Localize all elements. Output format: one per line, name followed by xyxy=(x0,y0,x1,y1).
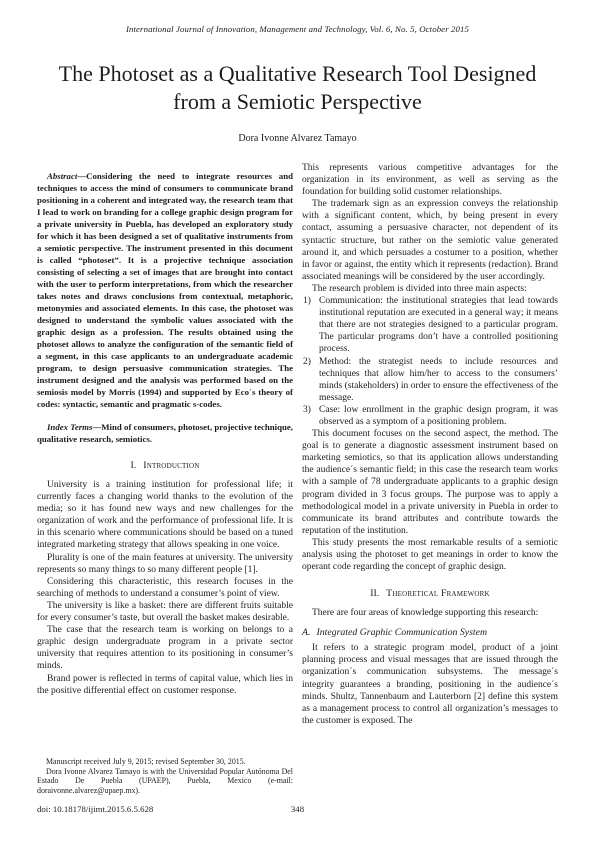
intro-paragraph: University is a training institution for… xyxy=(37,479,293,552)
section-title: Theoretical Framework xyxy=(386,588,490,599)
paper-title-line-2: from a Semiotic Perspective xyxy=(173,89,422,114)
abstract-paragraph: Abstract—Considering the need to integra… xyxy=(37,170,293,410)
body-paragraph: There are four areas of knowledge suppor… xyxy=(302,607,558,619)
numbered-list-item: 2) Method: the strategist needs to inclu… xyxy=(302,356,558,404)
list-item-number: 1) xyxy=(302,295,319,355)
section-number: I. xyxy=(131,460,137,471)
intro-paragraph: Plurality is one of the main features at… xyxy=(37,552,293,576)
page-number: 348 xyxy=(37,804,558,814)
footnote-block: Manuscript received July 9, 2015; revise… xyxy=(37,757,293,810)
list-item-number: 3) xyxy=(302,404,319,428)
section-number: II. xyxy=(370,588,379,599)
section-heading-introduction: I.Introduction xyxy=(37,460,293,471)
intro-paragraph: The case that the research team is worki… xyxy=(37,624,293,672)
body-paragraph: This study presents the most remarkable … xyxy=(302,537,558,573)
intro-paragraph: Considering this characteristic, this re… xyxy=(37,576,293,600)
list-item-text: Communication: the institutional strateg… xyxy=(319,295,558,355)
list-item-number: 2) xyxy=(302,356,319,404)
page-footer: doi: 10.18178/ijimt.2015.6.5.628 348 xyxy=(37,804,558,816)
subsection-number: A. xyxy=(302,627,310,638)
section-heading-theoretical-framework: II.Theoretical Framework xyxy=(302,588,558,599)
numbered-list-item: 3) Case: low enrollment in the graphic d… xyxy=(302,404,558,428)
left-column: Abstract—Considering the need to integra… xyxy=(37,162,293,810)
subsection-title: Integrated Graphic Communication System xyxy=(316,627,487,638)
numbered-list-item: 1) Communication: the institutional stra… xyxy=(302,295,558,355)
footnote-received: Manuscript received July 9, 2015; revise… xyxy=(37,757,293,767)
intro-paragraph: Brand power is reflected in terms of cap… xyxy=(37,673,293,697)
index-terms-lead: Index Terms xyxy=(47,422,92,432)
body-paragraph: The research problem is divided into thr… xyxy=(302,283,558,295)
two-column-body: Abstract—Considering the need to integra… xyxy=(37,162,558,810)
body-paragraph: The trademark sign as an expression conv… xyxy=(302,198,558,283)
section-title: Introduction xyxy=(143,460,199,471)
paper-title-line-1: The Photoset as a Qualitative Research T… xyxy=(59,61,537,86)
paper-title: The Photoset as a Qualitative Research T… xyxy=(37,60,558,116)
abstract-text: —Considering the need to integrate resou… xyxy=(37,171,293,409)
body-paragraph: This document focuses on the second aspe… xyxy=(302,428,558,537)
author-name: Dora Ivonne Alvarez Tamayo xyxy=(37,133,558,144)
footnote-affiliation: Dora Ivonne Alvarez Tamayo is with the U… xyxy=(37,767,293,796)
abstract-lead: Abstract xyxy=(47,171,77,181)
index-terms-paragraph: Index Terms—Mind of consumers, photoset,… xyxy=(37,421,293,445)
body-paragraph: This represents various competitive adva… xyxy=(302,162,558,198)
list-item-text: Method: the strategist needs to include … xyxy=(319,356,558,404)
body-paragraph: It refers to a strategic program model, … xyxy=(302,642,558,727)
journal-header: International Journal of Innovation, Man… xyxy=(37,24,558,34)
list-item-text: Case: low enrollment in the graphic desi… xyxy=(319,404,558,428)
intro-paragraph: The university is like a basket: there a… xyxy=(37,600,293,624)
right-column: This represents various competitive adva… xyxy=(302,162,558,810)
journal-page: International Journal of Innovation, Man… xyxy=(0,0,595,842)
subsection-heading-a: A.Integrated Graphic Communication Syste… xyxy=(302,627,558,638)
